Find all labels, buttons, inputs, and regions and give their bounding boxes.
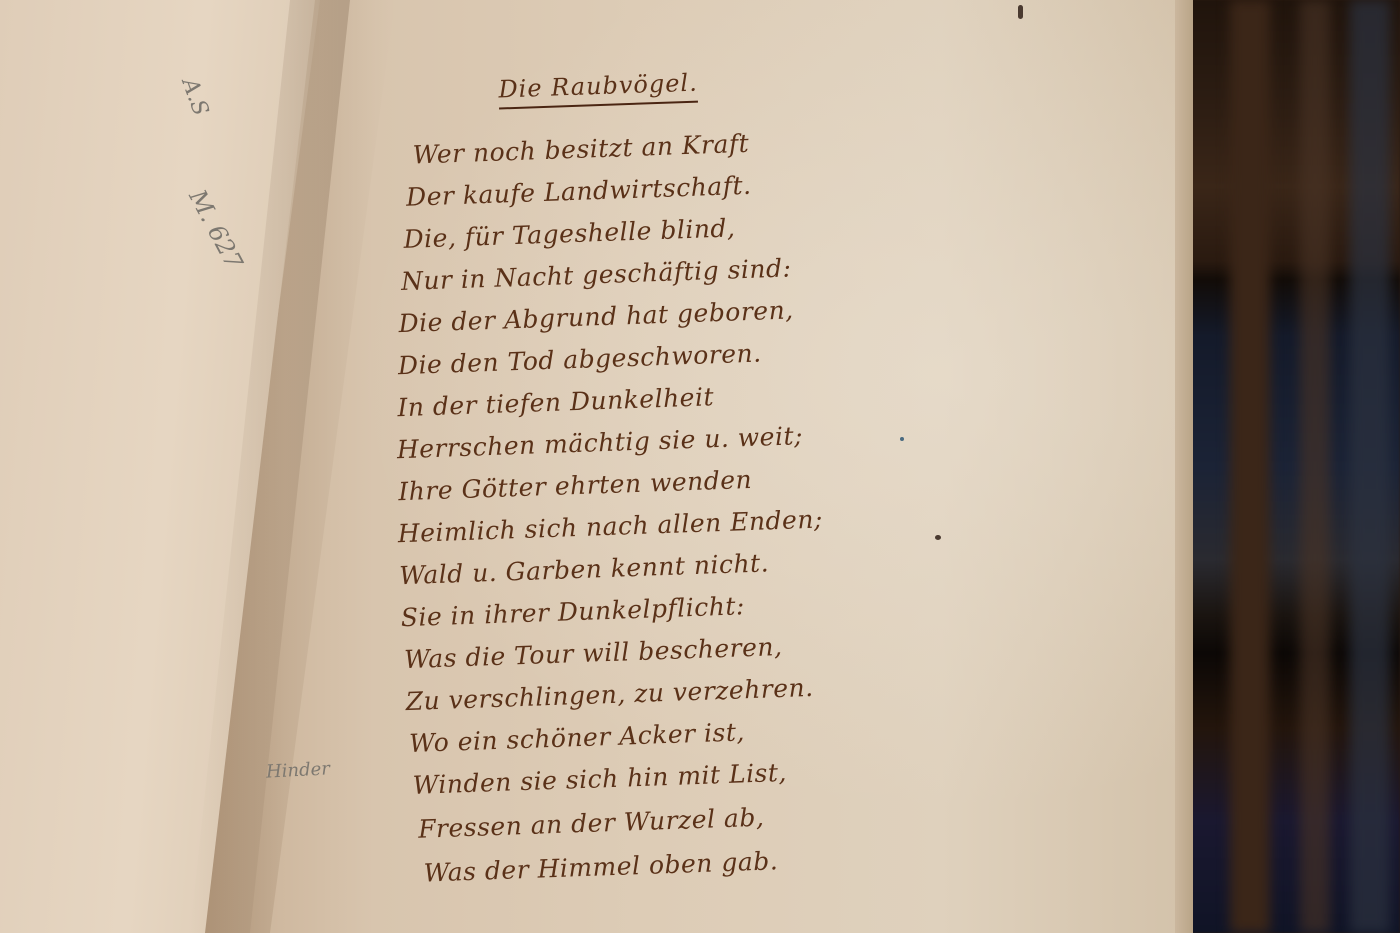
book-photo: A.S M. 627 Hinder Die Raubvögel. Wer noc… — [0, 0, 1400, 933]
blurred-book-spine — [1350, 0, 1390, 933]
blurred-book-spine — [1300, 0, 1330, 933]
poem-title: Die Raubvögel. — [498, 69, 698, 110]
paper-speck — [935, 535, 941, 540]
ink-mark — [1018, 5, 1023, 19]
page-edge — [1175, 0, 1193, 933]
paper-speck — [900, 437, 904, 441]
pencil-note-margin-word: Hinder — [265, 758, 330, 782]
blurred-book-spine — [1230, 0, 1270, 933]
